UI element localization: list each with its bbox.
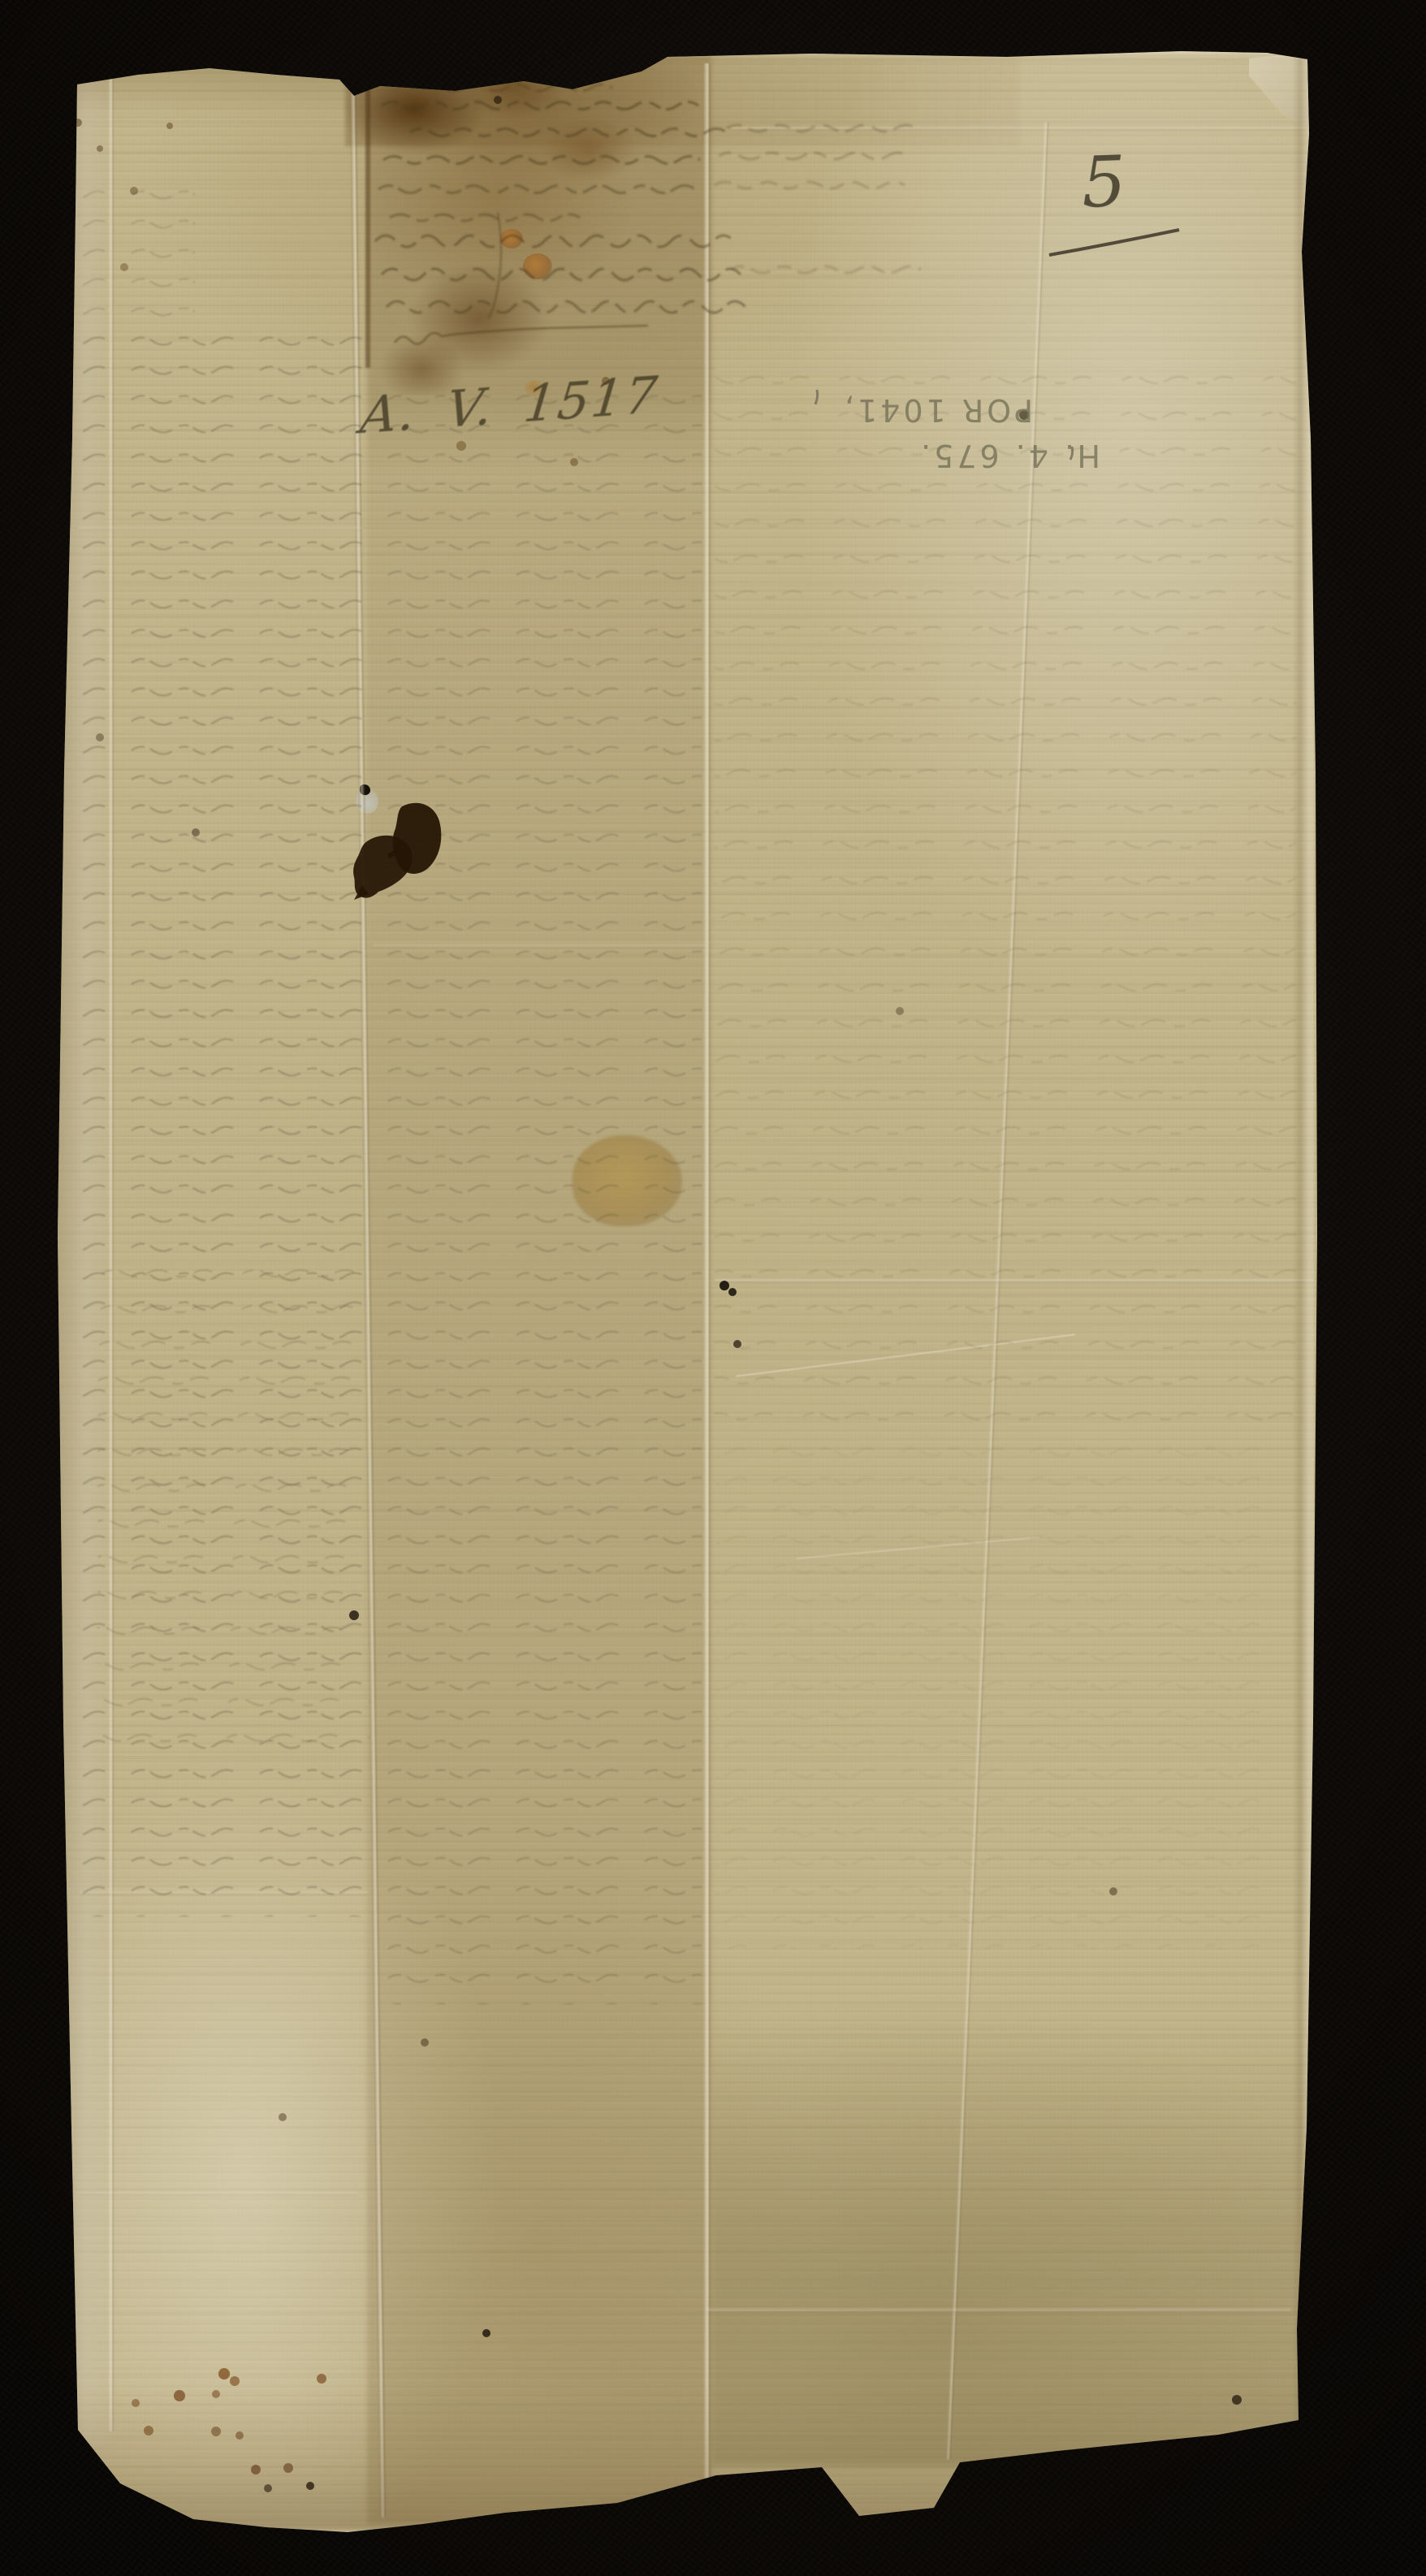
horizontal-crease bbox=[731, 126, 1307, 131]
vertical-fold-line bbox=[108, 78, 115, 2431]
horizontal-crease bbox=[716, 367, 1285, 372]
corner-numeral: 5 bbox=[1081, 147, 1128, 218]
surface-scratch bbox=[796, 1537, 1039, 1559]
pencil-shelfmark-line-2: H. 4. 675. bbox=[918, 440, 1100, 471]
top-brown-stain-cluster bbox=[345, 50, 728, 395]
horizontal-crease bbox=[715, 1278, 1314, 1283]
ink-droplet-stain bbox=[500, 229, 523, 249]
horizontal-crease bbox=[374, 944, 707, 949]
horizontal-crease bbox=[81, 2191, 357, 2196]
horizontal-crease bbox=[78, 526, 362, 531]
ink-droplet-stain bbox=[523, 253, 552, 279]
top-edge-highlight bbox=[666, 51, 1307, 58]
left-margin-shading bbox=[47, 58, 117, 2446]
pencil-tick-mark bbox=[815, 390, 818, 404]
parchment-sheet: 671 5 A. V. 1517 POR 1041, H. 4. 675. bbox=[0, 0, 1426, 2576]
right-edge-highlight bbox=[1293, 58, 1314, 2428]
horizontal-crease bbox=[707, 2308, 1291, 2313]
pencil-shelfmark-line-1: POR 1041, bbox=[841, 395, 1033, 426]
spot-speck-cluster bbox=[0, 0, 5, 5]
bottom-edge-shading bbox=[73, 2386, 1309, 2529]
archival-label-sticker: 671 bbox=[0, 0, 87, 65]
vertical-fold-line bbox=[703, 63, 711, 2521]
photo-backdrop: 671 5 A. V. 1517 POR 1041, H. 4. 675. bbox=[0, 0, 1426, 2576]
archive-number: 671 bbox=[2, 9, 84, 54]
surface-scratch bbox=[736, 1333, 1074, 1377]
stained-fold-seam bbox=[365, 88, 370, 368]
horizontal-crease bbox=[80, 1891, 368, 1895]
top-left-edge-shading bbox=[75, 67, 367, 115]
round-amber-stain bbox=[573, 1135, 682, 1226]
numeral-five-underline bbox=[1049, 230, 1179, 255]
